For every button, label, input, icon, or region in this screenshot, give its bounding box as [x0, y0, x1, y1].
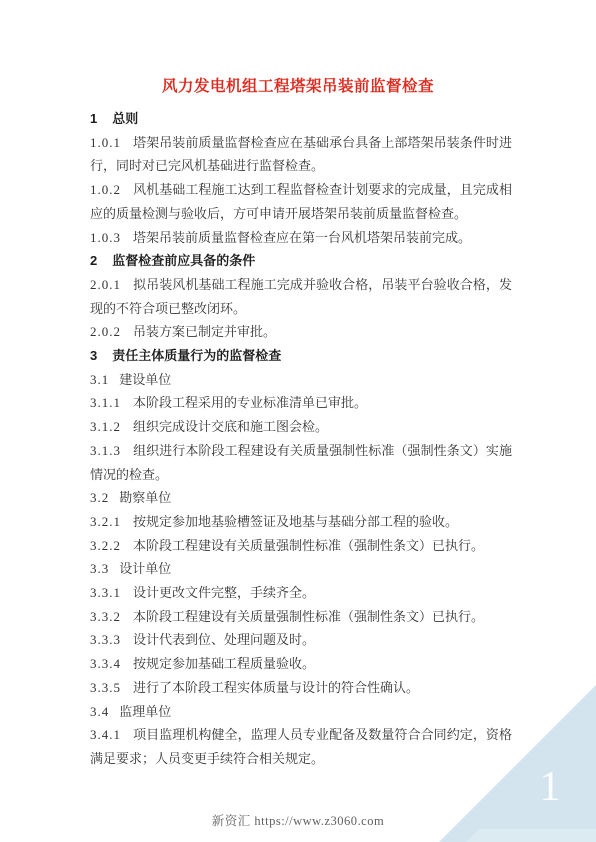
- clause-text: 监理单位: [119, 704, 171, 719]
- document-body: 1总则1.0.1塔架吊装前质量监督检查应在基础承台具备上部塔架吊装条件时进行，同…: [90, 107, 512, 771]
- clause-number: 3.4: [90, 704, 109, 719]
- clause-number: 3.1.1: [90, 395, 121, 410]
- clause-number: 1.0.1: [90, 135, 121, 150]
- clause-number: 3.4.1: [90, 727, 121, 742]
- clause-text: 吊装方案已制定并审批。: [133, 324, 276, 339]
- clause-paragraph: 1.0.1塔架吊装前质量监督检查应在基础承台具备上部塔架吊装条件时进行，同时对已…: [90, 131, 512, 178]
- footer-watermark: 新资汇 https://www.z3060.com: [0, 811, 596, 829]
- clause-number: 3.1.3: [90, 443, 121, 458]
- clause-number: 1: [90, 111, 98, 126]
- clause-number: 3.3.1: [90, 585, 121, 600]
- clause-text: 组织完成设计交底和施工图会检。: [133, 419, 328, 434]
- clause-number: 3.2: [90, 490, 109, 505]
- clause-paragraph: 3.1.1本阶段工程采用的专业标准清单已审批。: [90, 391, 512, 415]
- clause-paragraph: 3.3.3设计代表到位、处理问题及时。: [90, 628, 512, 652]
- clause-text: 本阶段工程采用的专业标准清单已审批。: [133, 395, 367, 410]
- clause-paragraph: 3.1.3组织进行本阶段工程建设有关质量强制性标准（强制性条文）实施情况的检查。: [90, 439, 512, 486]
- clause-text: 本阶段工程建设有关质量强制性标准（强制性条文）已执行。: [133, 609, 484, 624]
- clause-paragraph: 3.2.2本阶段工程建设有关质量强制性标准（强制性条文）已执行。: [90, 534, 512, 558]
- clause-text: 设计更改文件完整，手续齐全。: [133, 585, 315, 600]
- clause-text: 建设单位: [119, 372, 171, 387]
- clause-text: 设计代表到位、处理问题及时。: [133, 632, 315, 647]
- clause-text: 塔架吊装前质量监督检查应在第一台风机塔架吊装前完成。: [133, 230, 471, 245]
- clause-number: 3.3.3: [90, 632, 121, 647]
- clause-text: 进行了本阶段工程实体质量与设计的符合性确认。: [133, 680, 419, 695]
- clause-number: 2: [90, 253, 98, 268]
- clause-number: 3.3: [90, 561, 109, 576]
- clause-text: 组织进行本阶段工程建设有关质量强制性标准（强制性条文）实施情况的检查。: [90, 443, 512, 482]
- clause-number: 3.3.4: [90, 656, 121, 671]
- section-heading: 1总则: [90, 107, 512, 131]
- clause-text: 责任主体质量行为的监督检查: [112, 348, 281, 363]
- clause-text: 设计单位: [119, 561, 171, 576]
- clause-number: 3.3.2: [90, 609, 121, 624]
- section-heading: 2监督检查前应具备的条件: [90, 249, 512, 273]
- section-heading: 3责任主体质量行为的监督检查: [90, 344, 512, 368]
- clause-number: 3: [90, 348, 98, 363]
- subsection-heading: 3.2勘察单位: [90, 486, 512, 510]
- clause-paragraph: 3.3.1设计更改文件完整，手续齐全。: [90, 581, 512, 605]
- clause-number: 3.1: [90, 372, 109, 387]
- clause-number: 2.0.1: [90, 277, 121, 292]
- clause-text: 塔架吊装前质量监督检查应在基础承台具备上部塔架吊装条件时进行，同时对已完风机基础…: [90, 135, 512, 174]
- clause-number: 3.2.1: [90, 514, 121, 529]
- clause-text: 监督检查前应具备的条件: [112, 253, 255, 268]
- clause-number: 3.3.5: [90, 680, 121, 695]
- clause-text: 本阶段工程建设有关质量强制性标准（强制性条文）已执行。: [133, 538, 484, 553]
- subsection-heading: 3.3设计单位: [90, 557, 512, 581]
- clause-number: 3.1.2: [90, 419, 121, 434]
- page-title: 风力发电机组工程塔架吊装前监督检查: [0, 0, 596, 96]
- clause-number: 1.0.2: [90, 182, 121, 197]
- clause-paragraph: 2.0.1拟吊装风机基础工程施工完成并验收合格，吊装平台验收合格，发现的不符合项…: [90, 273, 512, 320]
- document-page: 风力发电机组工程塔架吊装前监督检查 1总则1.0.1塔架吊装前质量监督检查应在基…: [0, 0, 596, 842]
- page-number: 1: [530, 766, 570, 808]
- clause-paragraph: 3.2.1按规定参加地基验槽签证及地基与基础分部工程的验收。: [90, 510, 512, 534]
- clause-number: 2.0.2: [90, 324, 121, 339]
- clause-text: 按规定参加地基验槽签证及地基与基础分部工程的验收。: [133, 514, 458, 529]
- clause-text: 拟吊装风机基础工程施工完成并验收合格，吊装平台验收合格，发现的不符合项已整改闭环…: [90, 277, 512, 316]
- clause-text: 勘察单位: [119, 490, 171, 505]
- clause-number: 1.0.3: [90, 230, 121, 245]
- clause-paragraph: 2.0.2吊装方案已制定并审批。: [90, 320, 512, 344]
- clause-paragraph: 1.0.2风机基础工程施工达到工程监督检查计划要求的完成量，且完成相应的质量检测…: [90, 178, 512, 225]
- clause-paragraph: 3.3.4按规定参加基础工程质量验收。: [90, 652, 512, 676]
- subsection-heading: 3.1建设单位: [90, 368, 512, 392]
- clause-paragraph: 3.1.2组织完成设计交底和施工图会检。: [90, 415, 512, 439]
- clause-number: 3.2.2: [90, 538, 121, 553]
- clause-text: 风机基础工程施工达到工程监督检查计划要求的完成量，且完成相应的质量检测与验收后，…: [90, 182, 512, 221]
- clause-paragraph: 1.0.3塔架吊装前质量监督检查应在第一台风机塔架吊装前完成。: [90, 226, 512, 250]
- clause-paragraph: 3.3.2本阶段工程建设有关质量强制性标准（强制性条文）已执行。: [90, 605, 512, 629]
- clause-text: 按规定参加基础工程质量验收。: [133, 656, 315, 671]
- clause-text: 总则: [112, 111, 138, 126]
